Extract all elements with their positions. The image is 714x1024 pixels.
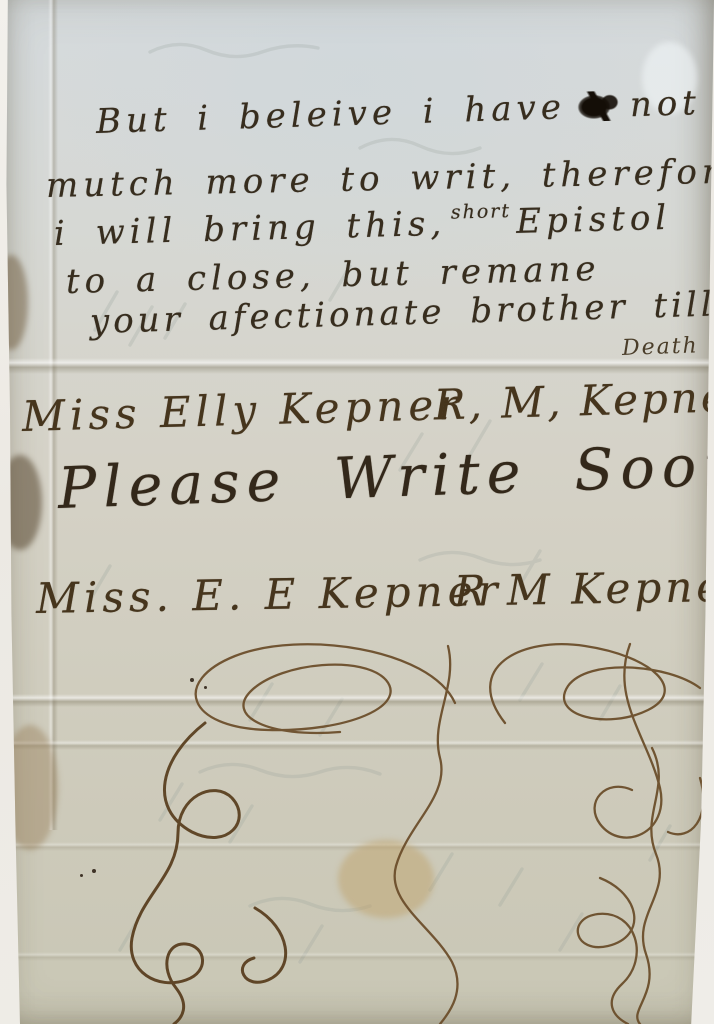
ink-speckle	[204, 686, 207, 689]
body-line-2-text: mutch more to writ, therefore	[46, 151, 714, 206]
ink-blot-icon	[575, 90, 622, 121]
signature-row-1-right: R, M, Kepner	[433, 372, 714, 430]
signature-row-1: Miss Elly Kepner R, M, Kepner	[21, 373, 712, 441]
signature-row-1-left: Miss Elly Kepner	[21, 380, 464, 441]
stain-left-lower	[2, 725, 58, 850]
flourish-top-ovals-left	[196, 644, 455, 733]
body-line-6-text: Death	[622, 333, 700, 361]
flourish-right-edge-curl	[668, 778, 703, 834]
body-line-1-after-blot: not	[629, 83, 701, 125]
flourish-left-strand	[131, 723, 239, 1024]
body-line-1: But i beleive i havenot	[95, 83, 701, 142]
signature-row-3: Miss. E. E Kepner R M Kepner	[36, 562, 714, 623]
body-line-3: i will bring this,shortEpistol	[53, 198, 671, 254]
body-line-1-before-blot: But i beleive i have	[95, 87, 566, 142]
signature-row-3-right: R M Kepner	[454, 562, 714, 616]
stain-left-middle	[0, 455, 42, 550]
ink-speckle	[190, 678, 194, 682]
fold-crease-3	[0, 740, 714, 750]
signature-row-2-please-write-soon: Please Write Soon	[57, 432, 714, 522]
flourish-top-ovals-right	[490, 644, 700, 723]
flourish-drawing	[0, 628, 714, 1024]
body-line-3-after-insert: Epistol	[516, 198, 672, 242]
stain-left-upper	[0, 255, 28, 350]
fold-crease-5	[0, 952, 714, 961]
inserted-word-short: short	[451, 200, 512, 224]
ink-speckle	[92, 869, 96, 873]
fold-crease-1	[0, 358, 714, 374]
signature-row-2-text: Please Write Soon	[57, 432, 714, 522]
body-line-6-death: Death	[622, 333, 700, 361]
fold-crease-2	[0, 694, 714, 707]
body-line-3-before-insert: i will bring this,	[53, 204, 446, 254]
ink-speckle	[80, 874, 83, 877]
flourish-right-strand	[637, 748, 660, 1024]
fold-crease-4	[0, 842, 714, 851]
letter-paper: But i beleive i havenot mutch more to wr…	[0, 0, 714, 1024]
flourish-right-tall-loop	[595, 644, 662, 838]
flourish-left-curl-bottom	[242, 908, 285, 982]
flourish-center-strand	[395, 646, 458, 1024]
stain-center-bottom	[338, 840, 434, 918]
body-line-2: mutch more to writ, therefore	[46, 151, 714, 206]
flourish-right-bottom-s	[578, 878, 637, 1024]
signature-row-3-left: Miss. E. E Kepner	[36, 566, 503, 623]
photo-stage: But i beleive i havenot mutch more to wr…	[0, 0, 714, 1024]
